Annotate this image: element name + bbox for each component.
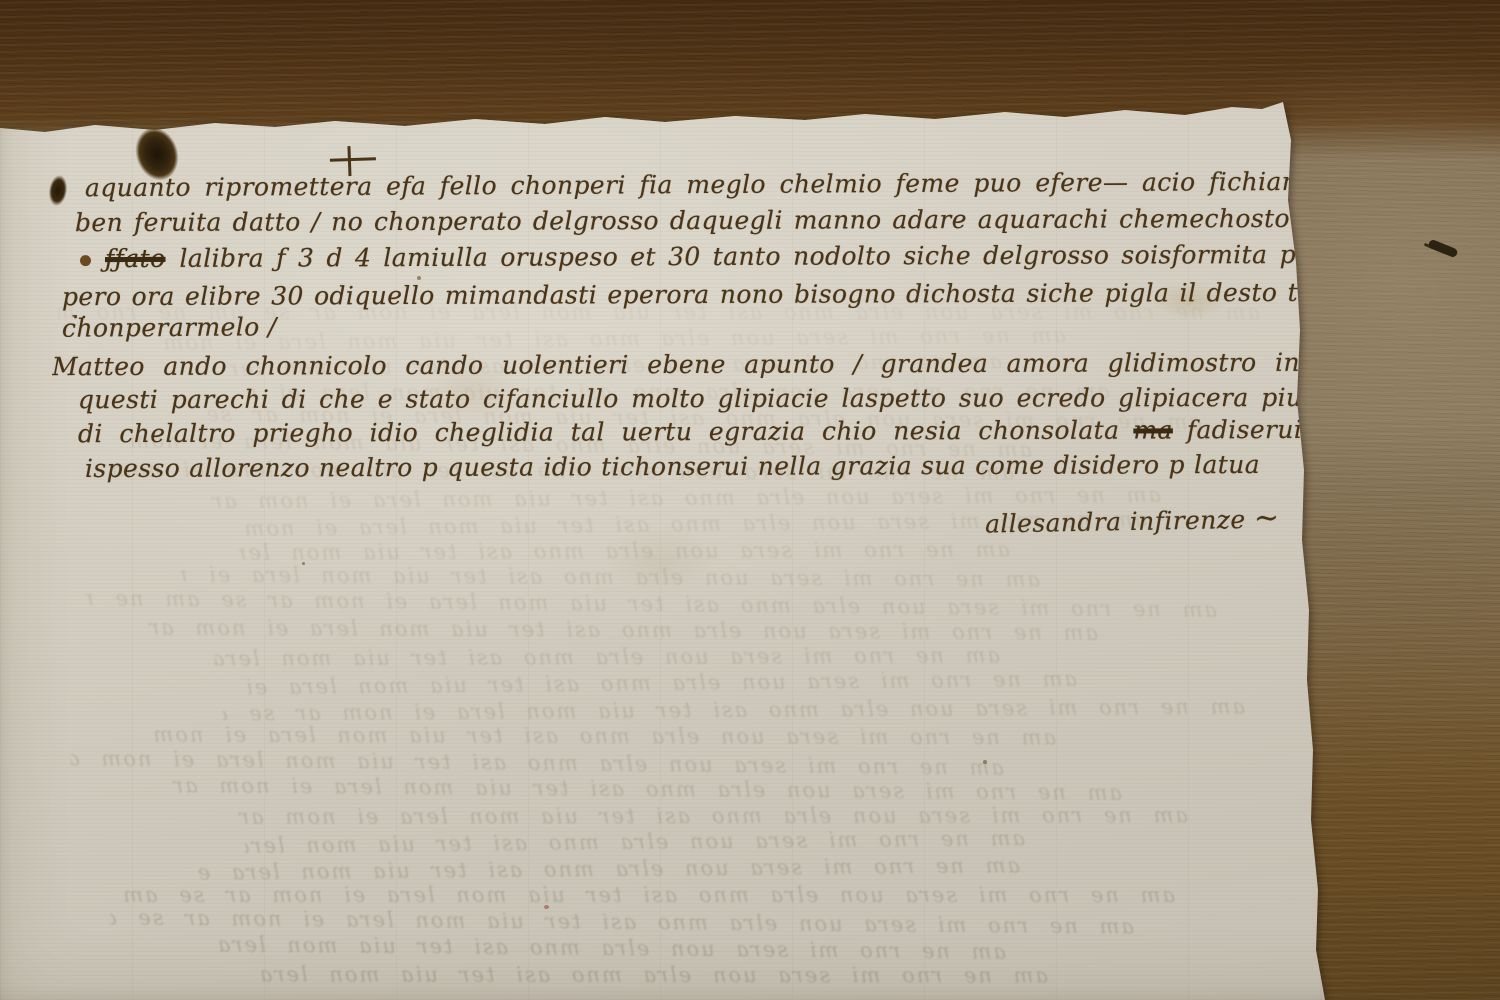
bleedthrough-row: am ne rno mi sera uon elra mno asi ter u…	[248, 667, 1077, 700]
manuscript-line: di chelaltro priegho idio cheglidia tal …	[78, 415, 1345, 455]
paper-shadow-wrap: am ne rno mi sera uon elra mno asi ter u…	[0, 0, 1500, 1000]
bleedthrough-row: am ne rno mi sera uon elra mno asi ter u…	[199, 932, 1006, 964]
bleedthrough-row: am ne rno mi sera uon elra mno asi ter u…	[245, 962, 1048, 987]
bleedthrough-row: am ne rno mi sera uon elra mno asi ter u…	[111, 883, 1175, 907]
signature-flourish: ~	[1254, 500, 1278, 535]
paper-speck	[983, 760, 987, 764]
bleedthrough-row: am ne rno mi sera uon elra mno asi ter u…	[245, 826, 1025, 857]
manuscript-line-text: fadiseruiere	[1187, 415, 1345, 445]
bleedthrough-row: am ne rno mi sera uon elra mno asi ter u…	[199, 853, 1020, 884]
bleedthrough-row: am ne rno mi sera uon elra mno asi ter u…	[180, 563, 1040, 592]
signature-line: allesandra infirenze ~	[985, 500, 1278, 540]
manuscript-line: ben feruita datto / no chonperato delgro…	[75, 204, 1290, 244]
bleedthrough-row: am ne rno mi sera uon elra mno asi ter u…	[135, 615, 1098, 644]
bullet-mark	[80, 255, 91, 266]
manuscript-line-text: lalibra ƒ 3 d 4 lamiulla oruspeso et 30 …	[179, 240, 1320, 280]
manuscript-line-text: di chelaltro priegho idio cheglidia tal …	[78, 416, 1120, 456]
manuscript-paper: am ne rno mi sera uon elra mno asi ter u…	[0, 0, 1500, 1000]
paper-speck	[302, 562, 305, 565]
bleedthrough-row: am ne rno mi sera uon elra mno asi ter u…	[223, 695, 1245, 726]
struck-word: ma	[1133, 415, 1173, 444]
manuscript-line: aquanto ripromettera efa fello chonperi …	[85, 167, 1330, 210]
manuscript-line: chonperarmelo /	[62, 312, 277, 342]
manuscript-line: ƒƒato lalibra ƒ 3 d 4 lamiulla oruspeso …	[80, 240, 1320, 280]
paper-speck	[544, 905, 549, 909]
cross-mark-horizontal	[330, 157, 376, 162]
photo-canvas: am ne rno mi sera uon elra mno asi ter u…	[0, 0, 1500, 1000]
manuscript-line: ispesso allorenzo nealtro p questa idio …	[85, 450, 1260, 490]
signature-text: allesandra infirenze	[985, 505, 1246, 539]
bleedthrough-row: am ne rno mi sera uon elra mno asi ter u…	[215, 643, 1000, 670]
bleedthrough-row: am ne rno mi sera uon elra mno asi ter u…	[234, 803, 1188, 828]
manuscript-line: Matteo ando chonnicolo cando uolentieri …	[52, 348, 1300, 388]
struck-word: ƒƒato	[105, 244, 166, 273]
bleedthrough-row: am ne rno mi sera uon elra mno asi ter u…	[147, 723, 1056, 750]
bleedthrough-row: am ne rno mi sera uon elra mno asi ter u…	[239, 537, 1010, 564]
